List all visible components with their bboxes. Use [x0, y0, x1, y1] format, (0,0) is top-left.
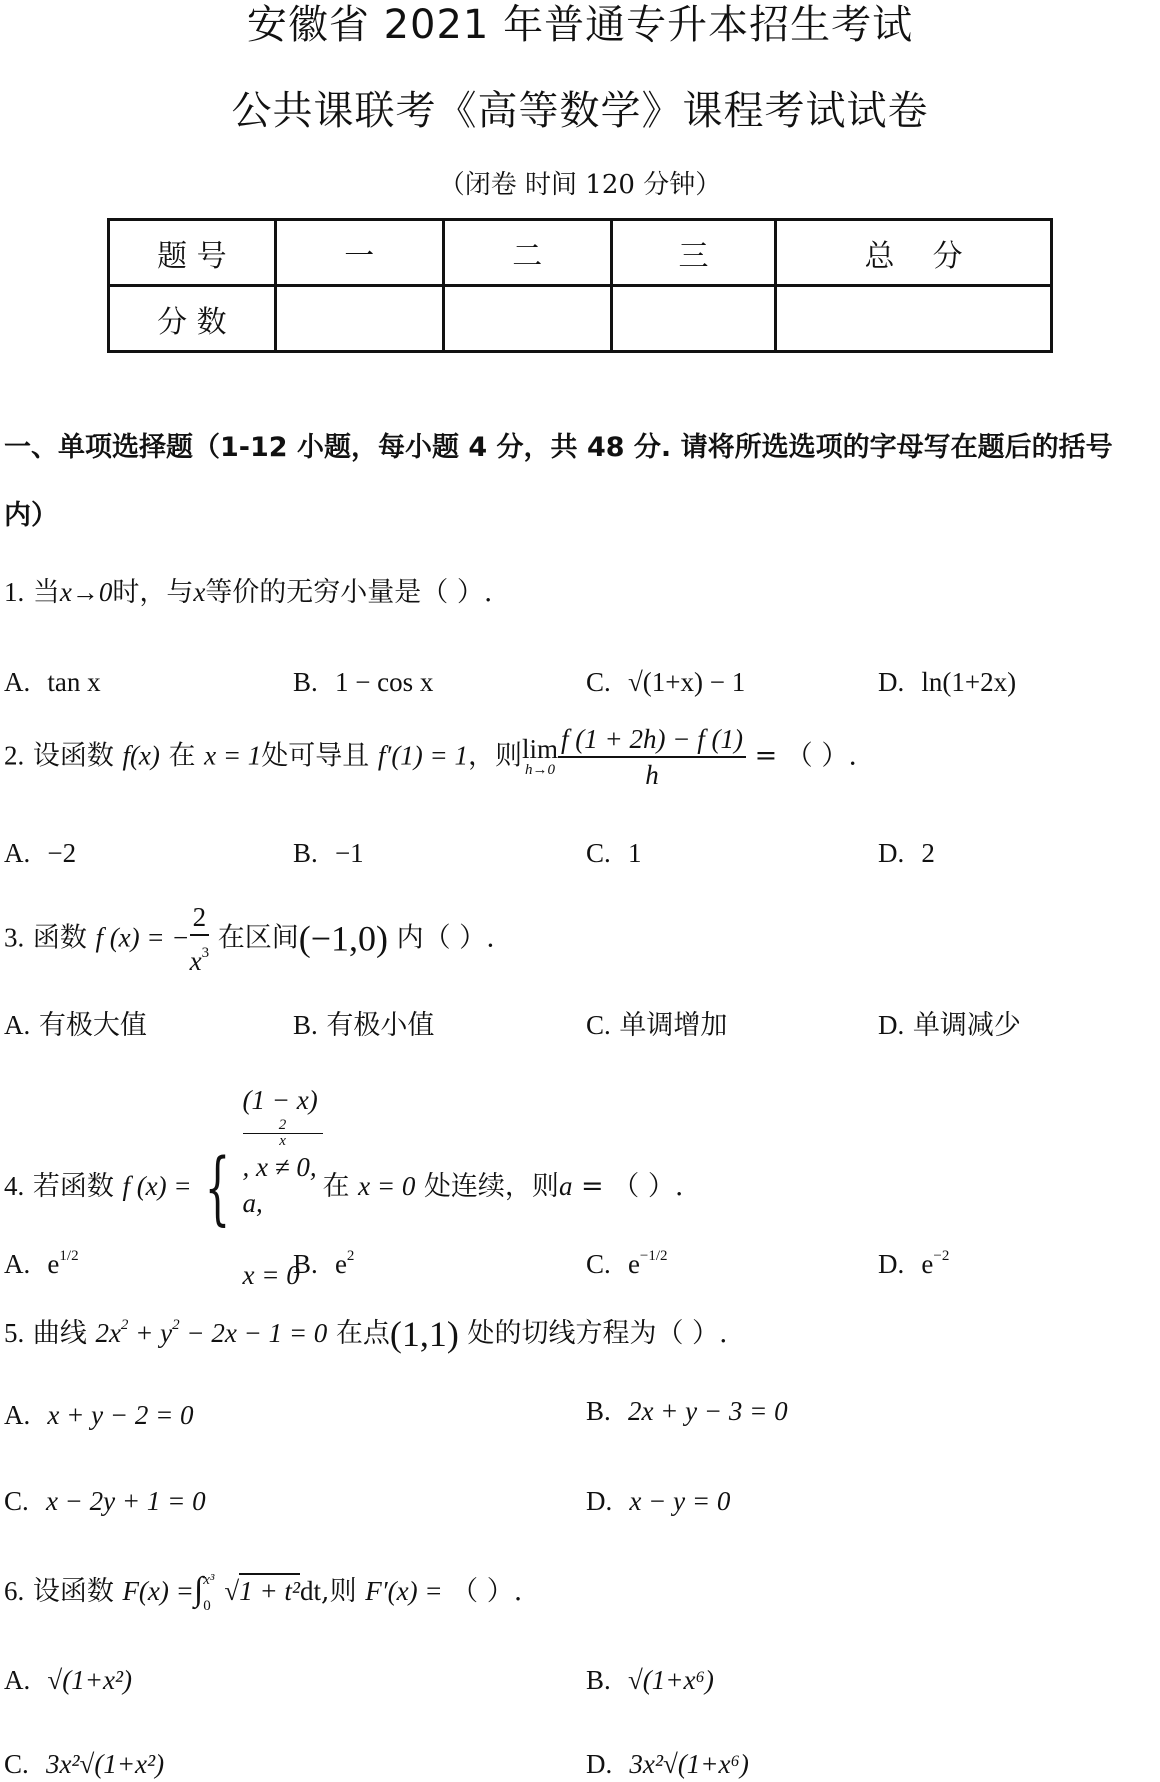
option-text: √(1+x⁶) — [628, 1665, 714, 1695]
column-section-1: 一 — [275, 220, 443, 286]
q5-option-b[interactable]: B. 2x + y − 3 = 0 — [586, 1391, 788, 1432]
q3-option-a[interactable]: A. 有极大值 — [4, 1005, 147, 1046]
denominator-base: x — [190, 946, 202, 976]
q3-option-b[interactable]: B. 有极小值 — [293, 1005, 434, 1046]
option-text: 3x²√(1+x²) — [46, 1749, 164, 1779]
integrand: 1 + t² — [239, 1573, 300, 1606]
option-label: D. — [586, 1486, 612, 1516]
option-text: tan x — [47, 667, 100, 697]
math-expression: F′(x) = — [365, 1576, 442, 1606]
score-cell-section-2[interactable] — [443, 286, 611, 352]
q4-option-d[interactable]: D. e−2 — [878, 1236, 949, 1285]
exam-subtitle: （闭卷 时间 120 分钟） — [0, 168, 1160, 202]
question-text: ,则 — [321, 1576, 357, 1607]
exam-title-line2: 公共课联考《高等数学》课程考试试卷 — [0, 86, 1160, 136]
limit-operator: limh→0 — [522, 737, 558, 778]
curve-equation: 2x2 + y2 − 2x − 1 = 0 — [95, 1318, 327, 1348]
integral-limits: x³0 — [203, 1572, 214, 1614]
question-3: 3. 函数 f (x) = −2x3 在区间(−1,0) 内（ ）. — [4, 900, 495, 978]
q2-option-b[interactable]: B. −1 — [293, 833, 364, 874]
option-exponent: −2 — [933, 1248, 949, 1264]
option-label: C. — [586, 667, 611, 697]
question-1: 1. 当x→0时，与x等价的无穷小量是（ ）. — [4, 572, 492, 613]
option-text: 单调减少 — [913, 1010, 1021, 1041]
option-text: −2 — [47, 838, 76, 868]
fraction-denominator: h — [558, 758, 746, 792]
exam-title-line1: 安徽省 2021 年普通专升本招生考试 — [0, 0, 1160, 50]
question-text: 在点 — [336, 1318, 390, 1349]
option-label: D. — [586, 1749, 612, 1779]
option-text: 有极大值 — [39, 1010, 147, 1041]
point: (1,1) — [390, 1314, 459, 1354]
math-expression: f′(1) = 1 — [378, 741, 468, 771]
math-variable: a — [559, 1171, 573, 1201]
q6-option-d[interactable]: D. 3x²√(1+x⁶) — [586, 1744, 749, 1782]
option-text: 1 — [628, 838, 642, 868]
q1-option-b[interactable]: B. 1 − cos x — [293, 662, 433, 703]
question-text: 时，与 — [112, 577, 193, 608]
case-1: (1 − x)2x, x ≠ 0, — [243, 1082, 323, 1185]
option-label: A. — [4, 1665, 30, 1695]
option-label: B. — [293, 667, 318, 697]
section-1-heading: 一、单项选择题（1-12 小题，每小题 4 分，共 48 分. 请将所选选项的字… — [4, 428, 1160, 468]
option-text: 1 − cos x — [335, 667, 433, 697]
q2-option-c[interactable]: C. 1 — [586, 833, 641, 874]
option-base: e — [921, 1249, 933, 1279]
row-label-score: 分 数 — [109, 286, 276, 352]
question-number: 1. — [4, 577, 24, 607]
math-expression: f(x) — [122, 741, 159, 771]
denominator-exponent: 3 — [202, 945, 210, 961]
option-label: C. — [586, 1010, 611, 1040]
sqrt-icon: √ — [224, 1576, 239, 1606]
option-text: 3x²√(1+x⁶) — [629, 1749, 748, 1779]
q5-option-d[interactable]: D. x − y = 0 — [586, 1481, 730, 1522]
math-expression: f (x) = — [122, 1171, 191, 1201]
option-text: 2x + y − 3 = 0 — [628, 1396, 788, 1426]
option-label: D. — [878, 1010, 904, 1040]
fraction-denominator: x3 — [190, 936, 210, 978]
fraction-numerator: 2 — [190, 900, 210, 936]
case-2-value: a, — [243, 1185, 323, 1221]
question-text: = （ ）. — [755, 741, 857, 772]
option-label: B. — [586, 1396, 611, 1426]
question-text: 函数 — [33, 923, 87, 954]
option-text: 单调增加 — [619, 1010, 727, 1041]
option-label: A. — [4, 838, 30, 868]
math-expression: x = 1 — [204, 741, 261, 771]
question-text: 当 — [33, 577, 60, 608]
question-text: ，则 — [468, 741, 522, 772]
question-number: 3. — [4, 923, 24, 953]
q3-option-c[interactable]: C. 单调增加 — [586, 1005, 727, 1046]
option-exponent: −1/2 — [640, 1248, 668, 1264]
option-text: √(1+x) − 1 — [628, 667, 745, 697]
column-section-3: 三 — [611, 220, 776, 286]
q4-option-a[interactable]: A. e1/2 — [4, 1236, 79, 1285]
lim-subscript: h→0 — [522, 762, 558, 778]
question-text: 在 — [169, 741, 196, 772]
fraction: 2x3 — [190, 900, 210, 978]
column-total: 总 分 — [776, 220, 1052, 286]
math-expression: F(x) = — [122, 1576, 193, 1606]
question-number: 2. — [4, 741, 24, 771]
option-text: x + y − 2 = 0 — [47, 1400, 193, 1430]
interval: (−1,0) — [299, 919, 388, 959]
option-text: ln(1+2x) — [921, 667, 1016, 697]
q3-option-d[interactable]: D. 单调减少 — [878, 1005, 1021, 1046]
score-cell-section-3[interactable] — [611, 286, 776, 352]
option-base: e — [628, 1249, 640, 1279]
option-label: B. — [293, 838, 318, 868]
option-exponent: 1/2 — [59, 1248, 78, 1264]
section-1-heading-cont: 内） — [4, 496, 58, 536]
question-text: 在区间 — [218, 923, 299, 954]
score-table: 题 号 一 二 三 总 分 分 数 — [107, 218, 1053, 353]
math-expression: x = 0 — [358, 1171, 415, 1201]
option-exponent: 2 — [347, 1248, 355, 1264]
integral-icon: ∫ — [194, 1571, 203, 1608]
q6-option-c[interactable]: C. 3x²√(1+x²) — [4, 1744, 164, 1782]
q1-option-d[interactable]: D. ln(1+2x) — [878, 662, 1016, 703]
option-label: D. — [878, 838, 904, 868]
score-table-score-row: 分 数 — [109, 286, 1052, 352]
row-label-question-number: 题 号 — [109, 220, 276, 286]
question-text: 在 — [323, 1171, 350, 1202]
option-text: x − y = 0 — [629, 1486, 730, 1516]
question-text: 处可导且 — [261, 741, 369, 772]
question-text: 曲线 — [33, 1318, 87, 1349]
question-number: 5. — [4, 1318, 24, 1348]
math-expression: x→0 — [60, 577, 112, 607]
question-text: 设函数 — [33, 741, 114, 772]
exponent-denominator: x — [243, 1134, 323, 1149]
option-text: −1 — [335, 838, 364, 868]
question-6: 6. 设函数 F(x) =∫x³0√1 + t²dt,则 F′(x) = （ ）… — [4, 1570, 522, 1614]
option-label: B. — [586, 1665, 611, 1695]
q1-option-c[interactable]: C. √(1+x) − 1 — [586, 662, 745, 703]
case-1-base: (1 − x) — [243, 1082, 323, 1118]
option-label: B. — [293, 1249, 318, 1279]
option-base: e — [47, 1249, 59, 1279]
fraction-numerator: f (1 + 2h) − f (1) — [558, 722, 746, 758]
option-text: 2 — [921, 838, 935, 868]
option-label: A. — [4, 1400, 30, 1430]
question-text: （ ）. — [451, 1576, 522, 1607]
math-variable: x — [193, 577, 205, 607]
option-text: 有极小值 — [326, 1010, 434, 1041]
score-table-header-row: 题 号 一 二 三 总 分 — [109, 220, 1052, 286]
score-cell-total[interactable] — [776, 286, 1052, 352]
q4-option-c[interactable]: C. e−1/2 — [586, 1236, 668, 1285]
option-label: C. — [4, 1486, 29, 1516]
option-label: D. — [878, 667, 904, 697]
question-text: 处连续，则 — [424, 1171, 559, 1202]
limit-fraction: f (1 + 2h) − f (1)h — [558, 722, 746, 792]
lim-text: lim — [522, 734, 558, 764]
case-1-condition: , x ≠ 0, — [243, 1149, 323, 1185]
integral-lower-limit: 0 — [203, 1598, 214, 1614]
option-label: A. — [4, 667, 30, 697]
question-2: 2. 设函数 f(x) 在 x = 1处可导且 f′(1) = 1，则limh→… — [4, 722, 857, 792]
question-number: 6. — [4, 1576, 24, 1606]
exponent-numerator: 2 — [243, 1118, 323, 1134]
option-label: A. — [4, 1010, 30, 1040]
score-cell-section-1[interactable] — [275, 286, 443, 352]
option-label: A. — [4, 1249, 30, 1279]
question-text: 若函数 — [33, 1171, 114, 1202]
option-base: e — [335, 1249, 347, 1279]
integral-upper-limit: x³ — [203, 1572, 214, 1588]
option-label: D. — [878, 1249, 904, 1279]
q2-option-d[interactable]: D. 2 — [878, 833, 935, 874]
option-text: x − 2y + 1 = 0 — [46, 1486, 206, 1516]
q4-option-b[interactable]: B. e2 — [293, 1236, 354, 1285]
math-expression: f (x) = − — [95, 923, 189, 953]
q5-option-c[interactable]: C. x − 2y + 1 = 0 — [4, 1481, 206, 1522]
option-label: C. — [586, 838, 611, 868]
differential: dt — [300, 1576, 321, 1606]
question-text: 处的切线方程为（ ）. — [467, 1318, 727, 1349]
question-text: 内（ ）. — [397, 923, 495, 954]
question-5: 5. 曲线 2x2 + y2 − 2x − 1 = 0 在点(1,1) 处的切线… — [4, 1305, 728, 1354]
option-label: B. — [293, 1010, 318, 1040]
question-text: 等价的无穷小量是（ ）. — [205, 577, 492, 608]
left-brace-icon: { — [204, 1148, 229, 1228]
column-section-2: 二 — [443, 220, 611, 286]
q5-option-a[interactable]: A. x + y − 2 = 0 — [4, 1395, 194, 1436]
option-label: C. — [4, 1749, 29, 1779]
q6-option-a[interactable]: A. √(1+x²) — [4, 1660, 132, 1701]
q6-option-b[interactable]: B. √(1+x⁶) — [586, 1660, 714, 1701]
option-text: √(1+x²) — [47, 1665, 132, 1695]
question-text: 设函数 — [33, 1576, 114, 1607]
q1-option-a[interactable]: A. tan x — [4, 662, 101, 703]
option-label: C. — [586, 1249, 611, 1279]
q2-option-a[interactable]: A. −2 — [4, 833, 76, 874]
question-number: 4. — [4, 1171, 24, 1201]
question-text: = （ ）. — [581, 1171, 683, 1202]
case-1-exponent: 2x — [243, 1118, 323, 1149]
